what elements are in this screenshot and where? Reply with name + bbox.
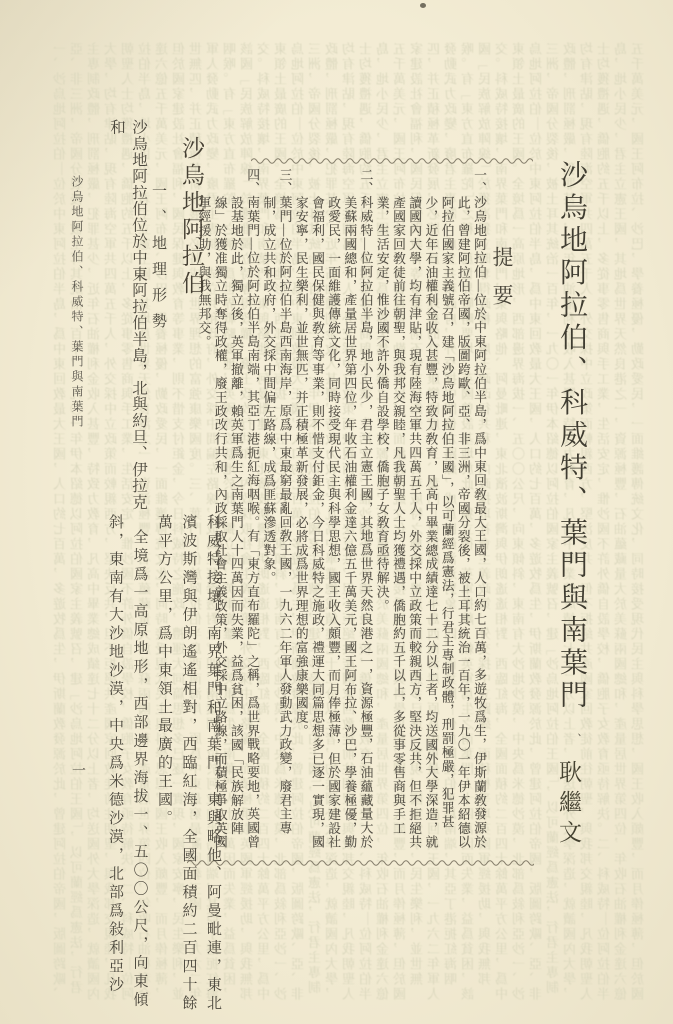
summary-item-2-text: 科威特—位阿拉伯半島，地小民少，君主立憲王國，其地爲世界天然良港之一，資源極豐，…: [294, 196, 373, 850]
author-name: 耿繼文: [552, 760, 585, 850]
summary-item-4-number: 四、: [245, 168, 259, 196]
summary-divider-top: [251, 153, 533, 163]
summary-item-3: 三、葉門—位於阿拉伯半島西南海岸，原爲中東最窮最亂回敎王國，一九六二年軍人發動武…: [260, 168, 292, 852]
paragraph-opening-column: 沙烏地阿拉伯位於中東阿拉伯半島，北與約旦、伊拉克和: [105, 119, 149, 521]
subsection-title: 一、地理形勢: [148, 183, 169, 339]
paragraph-2: 全境爲一高原地形，西部邊界海拔一、五〇〇公尺，向東傾斜，東南有大沙地沙漠，中央爲…: [103, 514, 152, 1014]
author-separator-mark: 、: [567, 733, 583, 744]
summary-heading: 提要: [487, 246, 517, 322]
running-title: 沙烏地阿拉伯、科威特、葉門與南葉門: [69, 175, 86, 430]
summary-divider-bottom: [187, 855, 534, 865]
summary-item-1-text: 沙烏地阿拉伯—位於中東阿拉伯半島，爲中東回敎最大王國，人口約七百萬，多遊牧爲生，…: [375, 196, 486, 850]
article-main-title: 沙烏地阿拉伯、科威特、葉門與南葉門: [551, 160, 591, 713]
summary-item-2: 二、科威特—位阿拉伯半島，地小民少，君主立憲王國，其地爲世界天然良港之一，資源極…: [293, 168, 374, 852]
summary-item-2-number: 二、: [359, 168, 373, 196]
summary-list: 一、沙烏地阿拉伯—位於中東阿拉伯半島，爲中東回敎最大王國，人口約七百萬，多遊牧爲…: [211, 168, 487, 852]
summary-item-3-text: 葉門—位於阿拉伯半島西南海岸，原爲中東最窮最亂回敎王國，一九六二年軍人發動武力政…: [261, 196, 291, 835]
page-content: 沙烏地阿拉伯、科威特、葉門與南葉門 一 沙烏地阿拉伯、科威特、葉門與南葉門 、 …: [0, 0, 673, 1024]
page-number: 一: [67, 763, 87, 777]
summary-item-3-number: 三、: [278, 168, 292, 196]
section-title: 沙烏地阿拉伯: [175, 136, 208, 298]
summary-item-1-number: 一、: [472, 168, 486, 196]
scanned-page: 一、沙烏地阿拉伯—位於中東阿拉伯半島，爲中東回敎最大王國，人口約七百萬，多遊牧爲…: [0, 0, 673, 1024]
paper-speck: [420, 3, 426, 8]
paragraph-1-continuation: 科威特接壤，南界葉門和南葉門，東與略他、阿曼毗連，東北濱波斯灣與伊朗遙遙相對，西…: [152, 514, 226, 1014]
summary-item-1: 一、沙烏地阿拉伯—位於中東阿拉伯半島，爲中東回敎最大王國，人口約七百萬，多遊牧爲…: [374, 168, 487, 852]
body-text-block: 科威特接壤，南界葉門和南葉門，東與略他、阿曼毗連，東北濱波斯灣與伊朗遙遙相對，西…: [94, 514, 225, 1014]
